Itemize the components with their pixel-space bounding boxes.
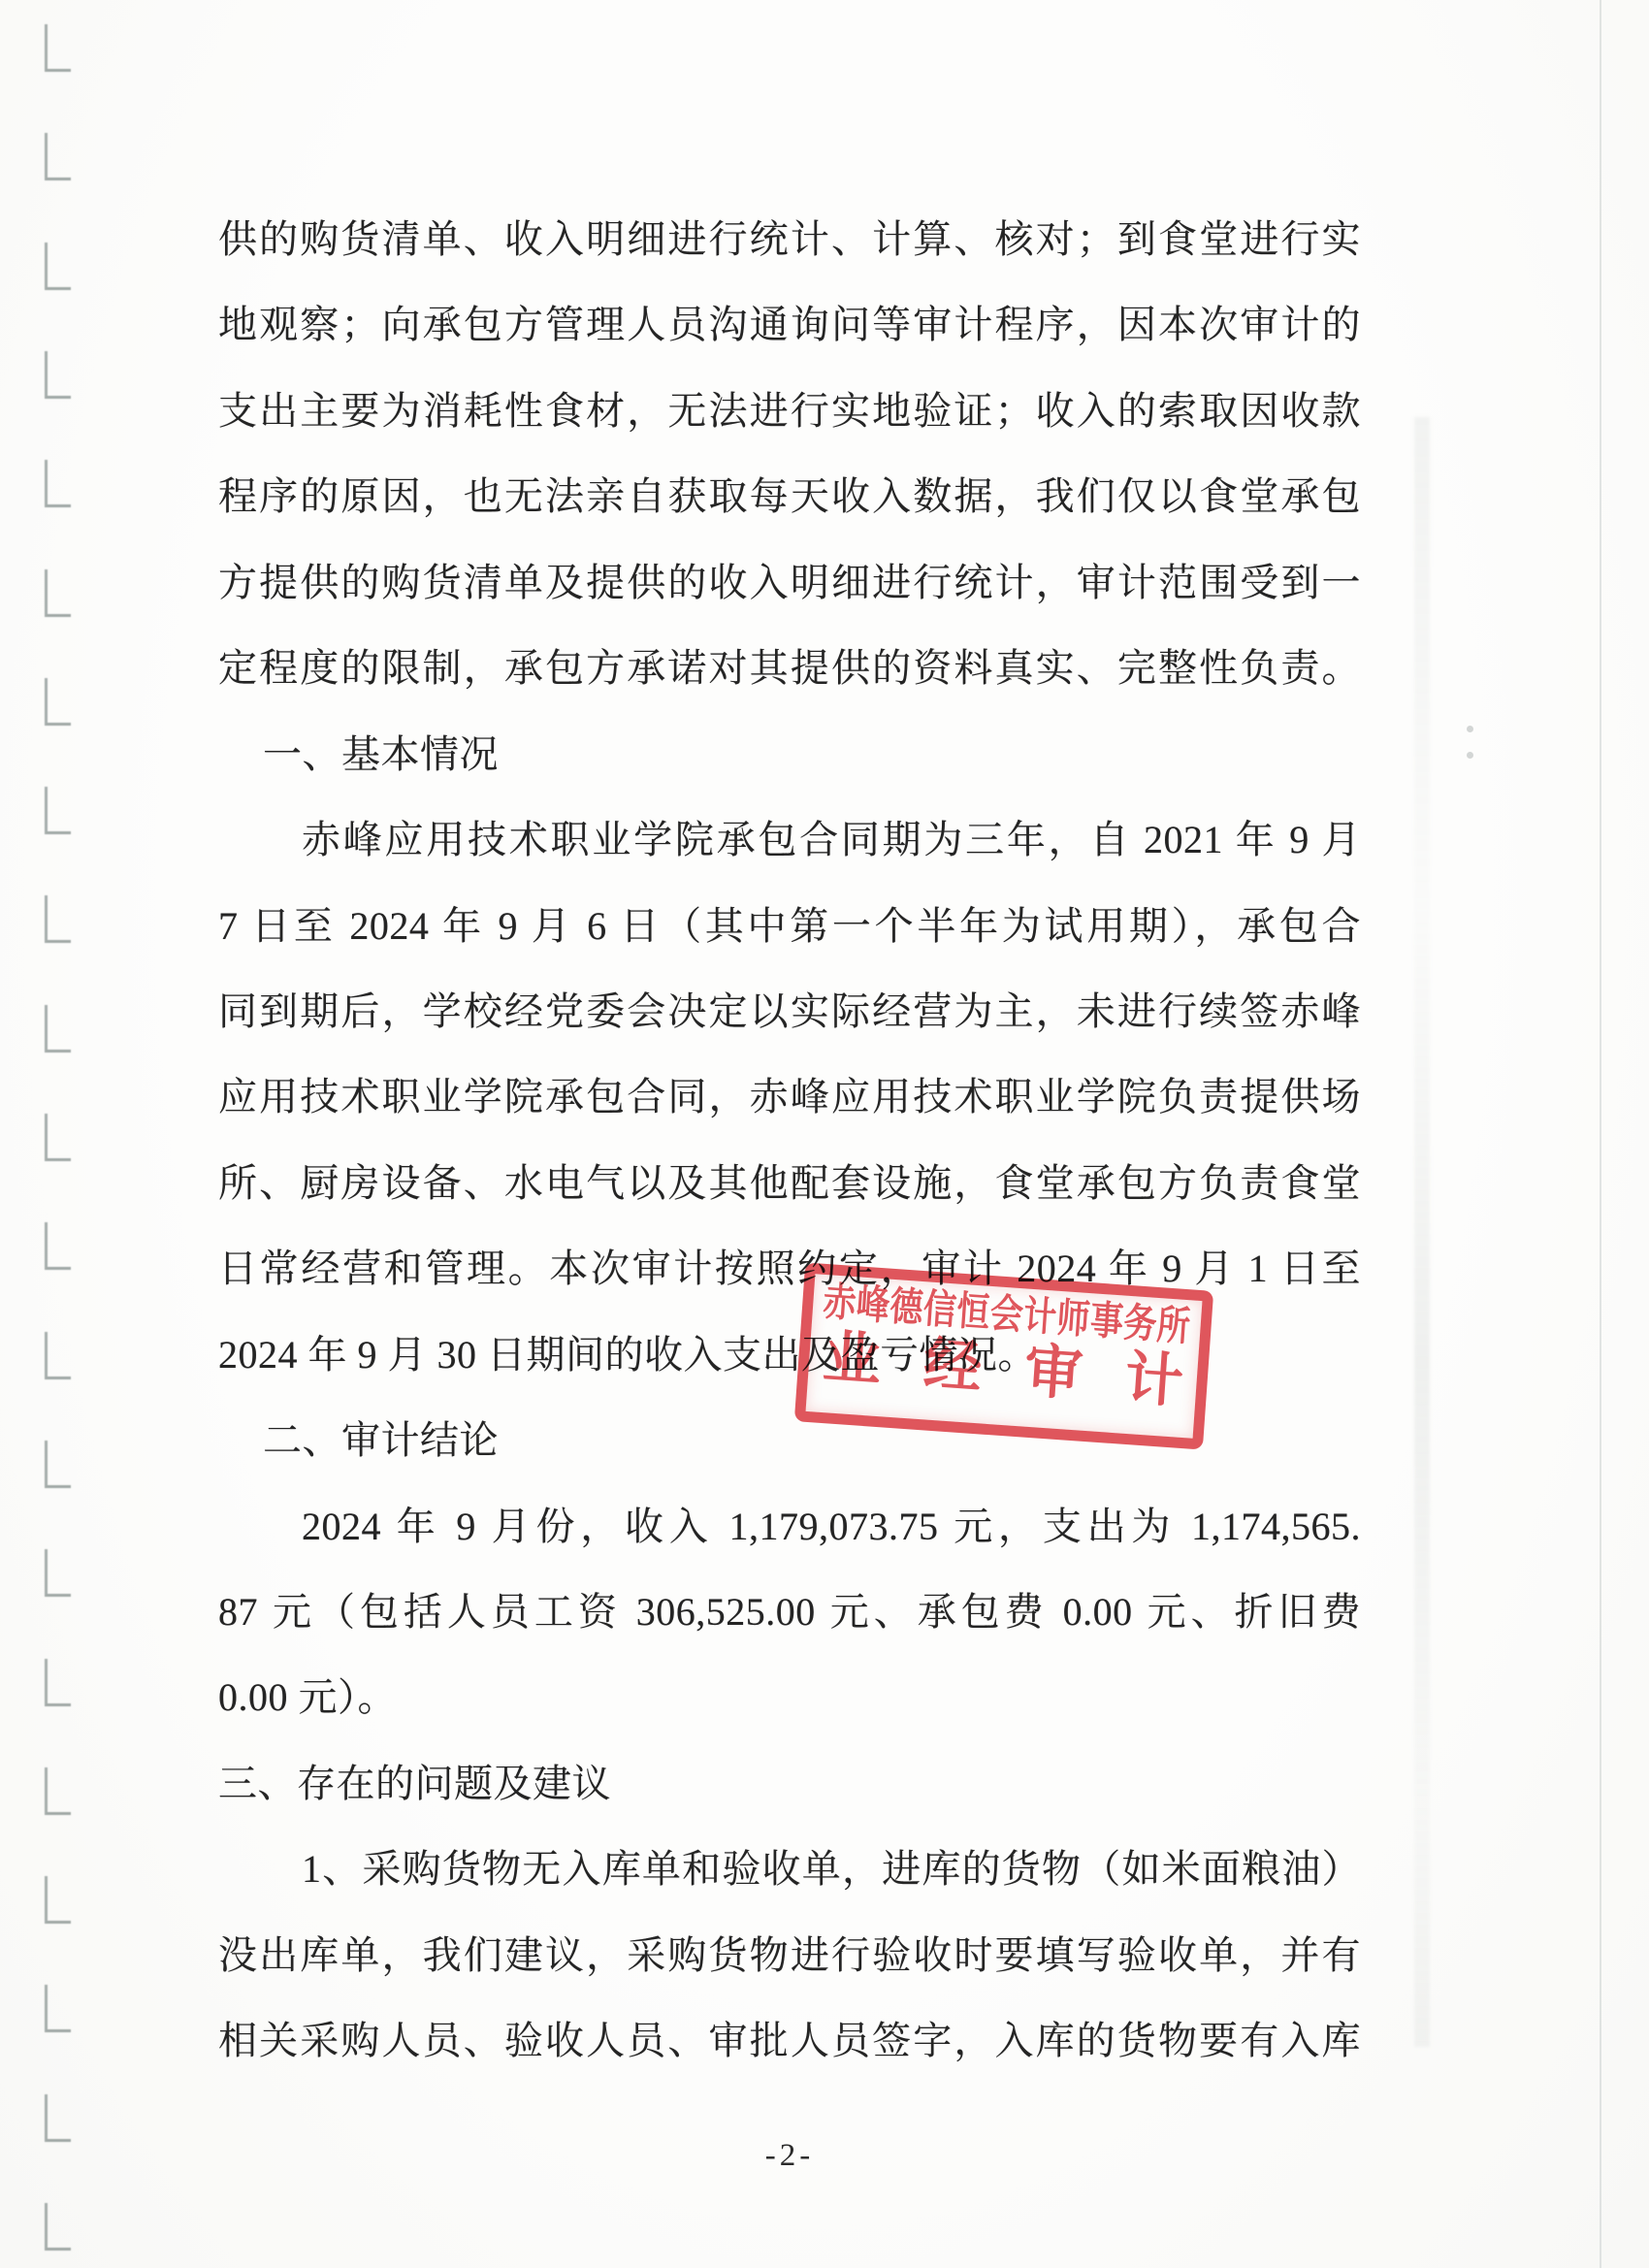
text-line: 一、基本情况 [218,712,1361,797]
stamp-status-char: 计 [1122,1347,1184,1413]
binding-mark [45,787,71,834]
text-line: 1、采购货物无入库单和验收单，进库的货物（如米面粮油） [218,1827,1361,1912]
scan-artifact [1467,726,1474,759]
scan-edge-line [1600,0,1601,2268]
text-line: 应用技术职业学院承包合同，赤峰应用技术职业学院负责提供场 [218,1054,1361,1140]
binding-mark [45,2094,71,2142]
binding-mark [45,24,71,72]
document-body: 供的购货清单、收入明细进行统计、计算、核对；到食堂进行实地观察；向承包方管理人员… [218,197,1361,2085]
binding-mark [45,1876,71,1924]
binding-mark [45,1441,71,1488]
text-line: 程序的原因，也无法亲自获取每天收入数据，我们仅以食堂承包 [218,454,1361,539]
binding-mark [45,895,71,943]
scan-streak [1414,417,1430,2047]
text-line: 方提供的购货清单及提供的收入明细进行统计，审计范围受到一 [218,540,1361,626]
binding-mark [45,351,71,399]
binding-mark [45,2203,71,2251]
binding-mark [45,460,71,507]
text-line: 7 日至 2024 年 9 月 6 日（其中第一个半年为试用期），承包合 [218,884,1361,969]
text-line: 同到期后，学校经党委会决定以实际经营为主，未进行续签赤峰 [218,969,1361,1054]
binding-mark [45,1767,71,1815]
binding-mark [45,678,71,726]
binding-mark [45,1659,71,1706]
text-line: 定程度的限制，承包方承诺对其提供的资料真实、完整性负责。 [218,626,1361,711]
text-line: 三、存在的问题及建议 [218,1741,1361,1827]
text-line: 地观察；向承包方管理人员沟通询问等审计程序，因本次审计的 [218,282,1361,368]
text-line: 供的购货清单、收入明细进行统计、计算、核对；到食堂进行实 [218,197,1361,282]
binding-mark [45,569,71,617]
binding-mark [45,1222,71,1270]
stamp-status-char: 审 [1022,1341,1084,1407]
text-line: 相关采购人员、验收人员、审批人员签字，入库的货物要有入库 [218,1998,1361,2084]
binding-mark [45,1005,71,1053]
binding-mark [45,133,71,180]
page-number: -2- [218,2126,1361,2185]
binding-mark [45,1114,71,1161]
text-line: 支出主要为消耗性食材，无法进行实地验证；收入的索取因收款 [218,369,1361,454]
stamp-status-char: 业 [821,1326,883,1392]
binding-mark [45,1332,71,1379]
scanned-document-page: 供的购货清单、收入明细进行统计、计算、核对；到食堂进行实地观察；向承包方管理人员… [0,0,1649,2268]
text-line: 没出库单，我们建议，采购货物进行验收时要填写验收单，并有 [218,1913,1361,1998]
text-line: 87 元（包括人员工资 306,525.00 元、承包费 0.00 元、折旧费 [218,1570,1361,1655]
text-line: 0.00 元）。 [218,1655,1361,1740]
binding-mark [45,1549,71,1597]
stamp-status-char: 经 [921,1333,984,1399]
binding-mark [45,243,71,290]
binding-mark [45,1985,71,2032]
text-line: 所、厨房设备、水电气以及其他配套设施，食堂承包方负责食堂 [218,1141,1361,1226]
audit-stamp: 赤峰德信恒会计师事务所 业经审计 [794,1262,1213,1449]
text-line: 2024 年 9 月份，收入 1,179,073.75 元，支出为 1,174,… [218,1484,1361,1570]
text-line: 赤峰应用技术职业学院承包合同期为三年，自 2021 年 9 月 [218,797,1361,883]
